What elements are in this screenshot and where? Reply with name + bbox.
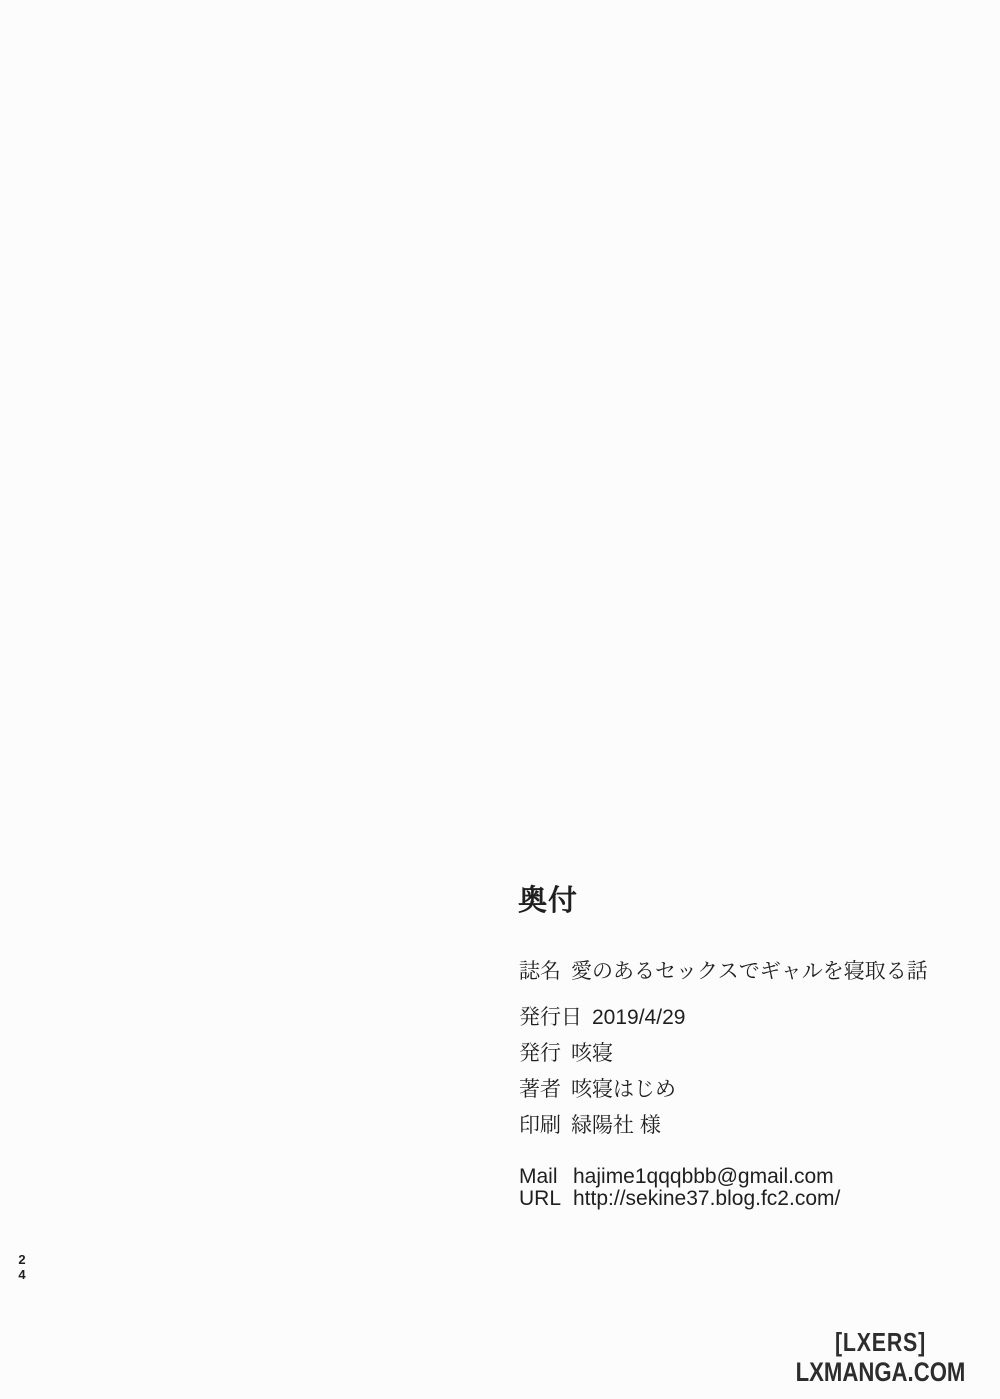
publish-date-value: 2019/4/29 bbox=[592, 1005, 685, 1030]
title-label: 誌名 bbox=[519, 959, 561, 984]
url-label: URL bbox=[519, 1188, 561, 1210]
colophon-row-author: 著者 咳寝はじめ bbox=[519, 1077, 676, 1102]
page-number-digit-1: 2 bbox=[15, 1252, 29, 1267]
colophon-row-title: 誌名 愛のあるセックスでギャルを寝取る話 bbox=[519, 959, 928, 984]
contact-row-mail: Mail hajime1qqqbbb@gmail.com bbox=[519, 1166, 834, 1188]
url-text: http://sekine37.blog.fc2.com/ bbox=[573, 1188, 840, 1210]
publisher-value: 咳寝 bbox=[571, 1041, 613, 1066]
watermark: [LXERS] LXMANGA.COM bbox=[777, 1328, 984, 1387]
printer-label: 印刷 bbox=[519, 1113, 561, 1138]
author-label: 著者 bbox=[519, 1077, 561, 1102]
publisher-label: 発行 bbox=[519, 1041, 561, 1066]
author-value: 咳寝はじめ bbox=[571, 1077, 676, 1102]
mail-label: Mail bbox=[519, 1166, 561, 1188]
title-value: 愛のあるセックスでギャルを寝取る話 bbox=[571, 959, 928, 984]
colophon-row-publisher: 発行 咳寝 bbox=[519, 1041, 613, 1066]
scanned-colophon-page: 奥付 誌名 愛のあるセックスでギャルを寝取る話 発行日 2019/4/29 発行… bbox=[0, 0, 1000, 1399]
email-text: hajime1qqqbbb@gmail.com bbox=[573, 1166, 834, 1188]
colophon-row-publish-date: 発行日 2019/4/29 bbox=[519, 1005, 685, 1030]
contact-row-url: URL http://sekine37.blog.fc2.com/ bbox=[519, 1188, 840, 1210]
page-number: 2 4 bbox=[15, 1252, 29, 1282]
watermark-site-name: LXMANGA.COM bbox=[796, 1357, 966, 1387]
printer-value: 緑陽社 様 bbox=[571, 1113, 661, 1138]
watermark-group-name: [LXERS] bbox=[796, 1328, 966, 1357]
colophon-heading: 奥付 bbox=[518, 884, 578, 918]
page-number-digit-2: 4 bbox=[15, 1267, 29, 1282]
publish-date-label: 発行日 bbox=[519, 1005, 582, 1030]
colophon-row-printer: 印刷 緑陽社 様 bbox=[519, 1113, 661, 1138]
